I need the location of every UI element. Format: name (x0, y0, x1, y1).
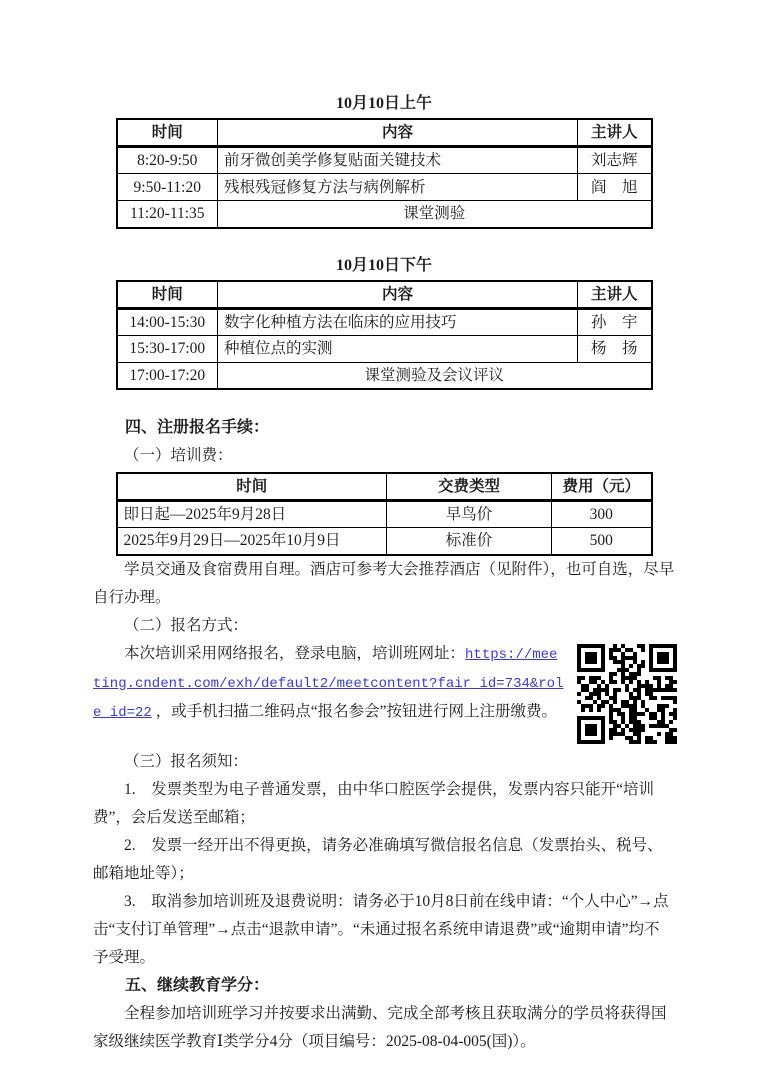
cell-speaker: 刘志辉 (578, 147, 652, 174)
morning-schedule-table: 时间 内容 主讲人 8:20-9:50 前牙微创美学修复贴面关键技术 刘志辉 9… (116, 118, 653, 229)
table-row: 8:20-9:50 前牙微创美学修复贴面关键技术 刘志辉 (117, 147, 652, 174)
notes-sub-heading: （三）报名须知： (93, 748, 675, 776)
column-header-time: 时间 (117, 281, 218, 309)
table-row: 即日起—2025年9月28日 早鸟价 300 (117, 501, 652, 528)
table-row: 2025年9月29日—2025年10月9日 标准价 500 (117, 528, 652, 555)
method-intro-text: 本次培训采用网络报名，登录电脑，培训班网址： (124, 645, 465, 662)
afternoon-schedule-table: 时间 内容 主讲人 14:00-15:30 数字化种植方法在临床的应用技巧 孙 … (116, 280, 653, 391)
training-fee-table: 时间 交费类型 费用（元） 即日起—2025年9月28日 早鸟价 300 202… (116, 472, 653, 556)
method-outro-text: ，或手机扫描二维码点“报名参会”按钮进行网上注册缴费。 (152, 703, 557, 720)
column-header-time: 时间 (117, 119, 218, 147)
cell-time: 8:20-9:50 (117, 147, 218, 174)
table-row: 11:20-11:35 课堂测验 (117, 201, 652, 228)
document-page: 10月10日上午 时间 内容 主讲人 8:20-9:50 前牙微创美学修复贴面关… (0, 0, 768, 1086)
note-item-3: 3. 取消参加培训班及退费说明：请务必于10月8日前在线申请：“个人中心”→点击… (93, 888, 675, 972)
cell-content: 前牙微创美学修复贴面关键技术 (218, 147, 578, 174)
column-header-content: 内容 (218, 281, 578, 309)
cell-time: 14:00-15:30 (117, 308, 218, 335)
cell-speaker: 阎 旭 (578, 174, 652, 201)
cell-time: 9:50-11:20 (117, 174, 218, 201)
table-row: 9:50-11:20 残根残冠修复方法与病例解析 阎 旭 (117, 174, 652, 201)
cell-speaker: 杨 扬 (578, 335, 652, 362)
column-header-fee-type: 交费类型 (387, 473, 552, 501)
cell-time: 15:30-17:00 (117, 335, 218, 362)
column-header-amount: 费用（元） (552, 473, 652, 501)
cell-amount: 500 (552, 528, 652, 555)
cell-speaker: 孙 宇 (578, 308, 652, 335)
table-row: 14:00-15:30 数字化种植方法在临床的应用技巧 孙 宇 (117, 308, 652, 335)
cell-merged-activity: 课堂测验 (218, 201, 652, 228)
note-item-2: 2. 发票一经开出不得更换，请务必准确填写微信报名信息（发票抬头、税号、邮箱地址… (93, 832, 675, 888)
column-header-speaker: 主讲人 (578, 281, 652, 309)
table-header-row: 时间 内容 主讲人 (117, 119, 652, 147)
qr-code (577, 644, 677, 744)
cell-content: 残根残冠修复方法与病例解析 (218, 174, 578, 201)
table-header-row: 时间 交费类型 费用（元） (117, 473, 652, 501)
cell-content: 种植位点的实测 (218, 335, 578, 362)
morning-session-title: 10月10日上午 (93, 93, 675, 115)
note-item-1: 1. 发票类型为电子普通发票，由中华口腔医学会提供，发票内容只能开“培训费”，会… (93, 776, 675, 832)
afternoon-session-title: 10月10日下午 (93, 255, 675, 277)
table-row: 17:00-17:20 课堂测验及会议评议 (117, 362, 652, 389)
cell-fee-type: 标准价 (387, 528, 552, 555)
table-row: 15:30-17:00 种植位点的实测 杨 扬 (117, 335, 652, 362)
cell-period: 2025年9月29日—2025年10月9日 (117, 528, 387, 555)
table-header-row: 时间 内容 主讲人 (117, 281, 652, 309)
column-header-period: 时间 (117, 473, 387, 501)
cell-time: 17:00-17:20 (117, 362, 218, 389)
credits-paragraph: 全程参加培训班学习并按要求出满勤、完成全部考核且获取满分的学员将获得国家级继续医… (93, 1000, 675, 1056)
section-credits-heading: 五、继续教育学分： (93, 972, 675, 1000)
method-sub-heading: （二）报名方式： (93, 612, 675, 640)
column-header-speaker: 主讲人 (578, 119, 652, 147)
cell-fee-type: 早鸟价 (387, 501, 552, 528)
section-registration-heading: 四、注册报名手续： (93, 414, 675, 442)
cell-content: 数字化种植方法在临床的应用技巧 (218, 308, 578, 335)
cell-merged-activity: 课堂测验及会议评议 (218, 362, 652, 389)
qr-code-graphic (577, 644, 677, 744)
cell-amount: 300 (552, 501, 652, 528)
column-header-content: 内容 (218, 119, 578, 147)
cell-time: 11:20-11:35 (117, 201, 218, 228)
fee-note-paragraph: 学员交通及食宿费用自理。酒店可参考大会推荐酒店（见附件），也可自选，尽早自行办理… (93, 556, 675, 612)
cell-period: 即日起—2025年9月28日 (117, 501, 387, 528)
registration-method-block: 本次培训采用网络报名，登录电脑，培训班网址：https://meeting.cn… (93, 640, 675, 727)
fee-sub-heading: （一）培训费： (93, 442, 675, 470)
